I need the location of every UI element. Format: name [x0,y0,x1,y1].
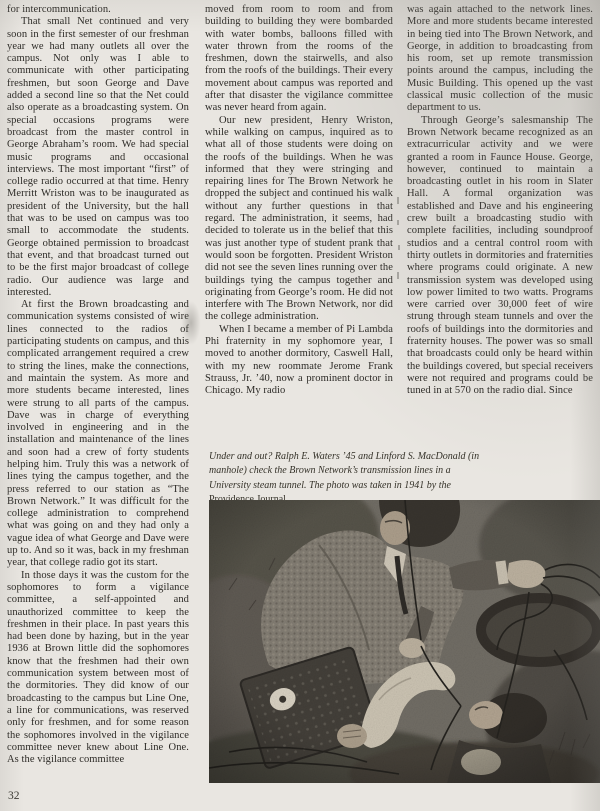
page-number: 32 [8,790,20,802]
magazine-page: for intercommunication.That small Net co… [0,0,600,811]
paragraph: Through George’s salesmanship The Brown … [407,115,593,398]
text-column-3: was again attached to the network lines.… [407,4,593,450]
caption-italic-text: Under and out? Ralph E. Waters ’45 and L… [209,451,479,491]
paragraph: At first the Brown broadcasting and comm… [7,299,189,570]
photo-image [209,500,600,783]
text-column-1: for intercommunication.That small Net co… [7,4,189,786]
paragraph: That small Net continued and very soon i… [7,16,189,299]
paragraph: In those days it was the custom for the … [7,570,189,767]
paragraph: moved from room to room and from buildin… [205,4,393,115]
scan-artifact [398,245,400,250]
scan-artifact [397,197,399,204]
paragraph: When I became a member of Pi Lambda Phi … [205,324,393,398]
steam-tunnel-photo [209,500,600,783]
paragraph: Our new president, Henry Wriston, while … [205,115,393,324]
text-column-2: moved from room to room and from buildin… [205,4,393,450]
scan-artifact [397,220,399,225]
paragraph: for intercommunication. [7,4,189,16]
photo-caption: Under and out? Ralph E. Waters ’45 and L… [209,450,489,507]
paragraph: was again attached to the network lines.… [407,4,593,115]
scan-artifact [397,272,399,279]
